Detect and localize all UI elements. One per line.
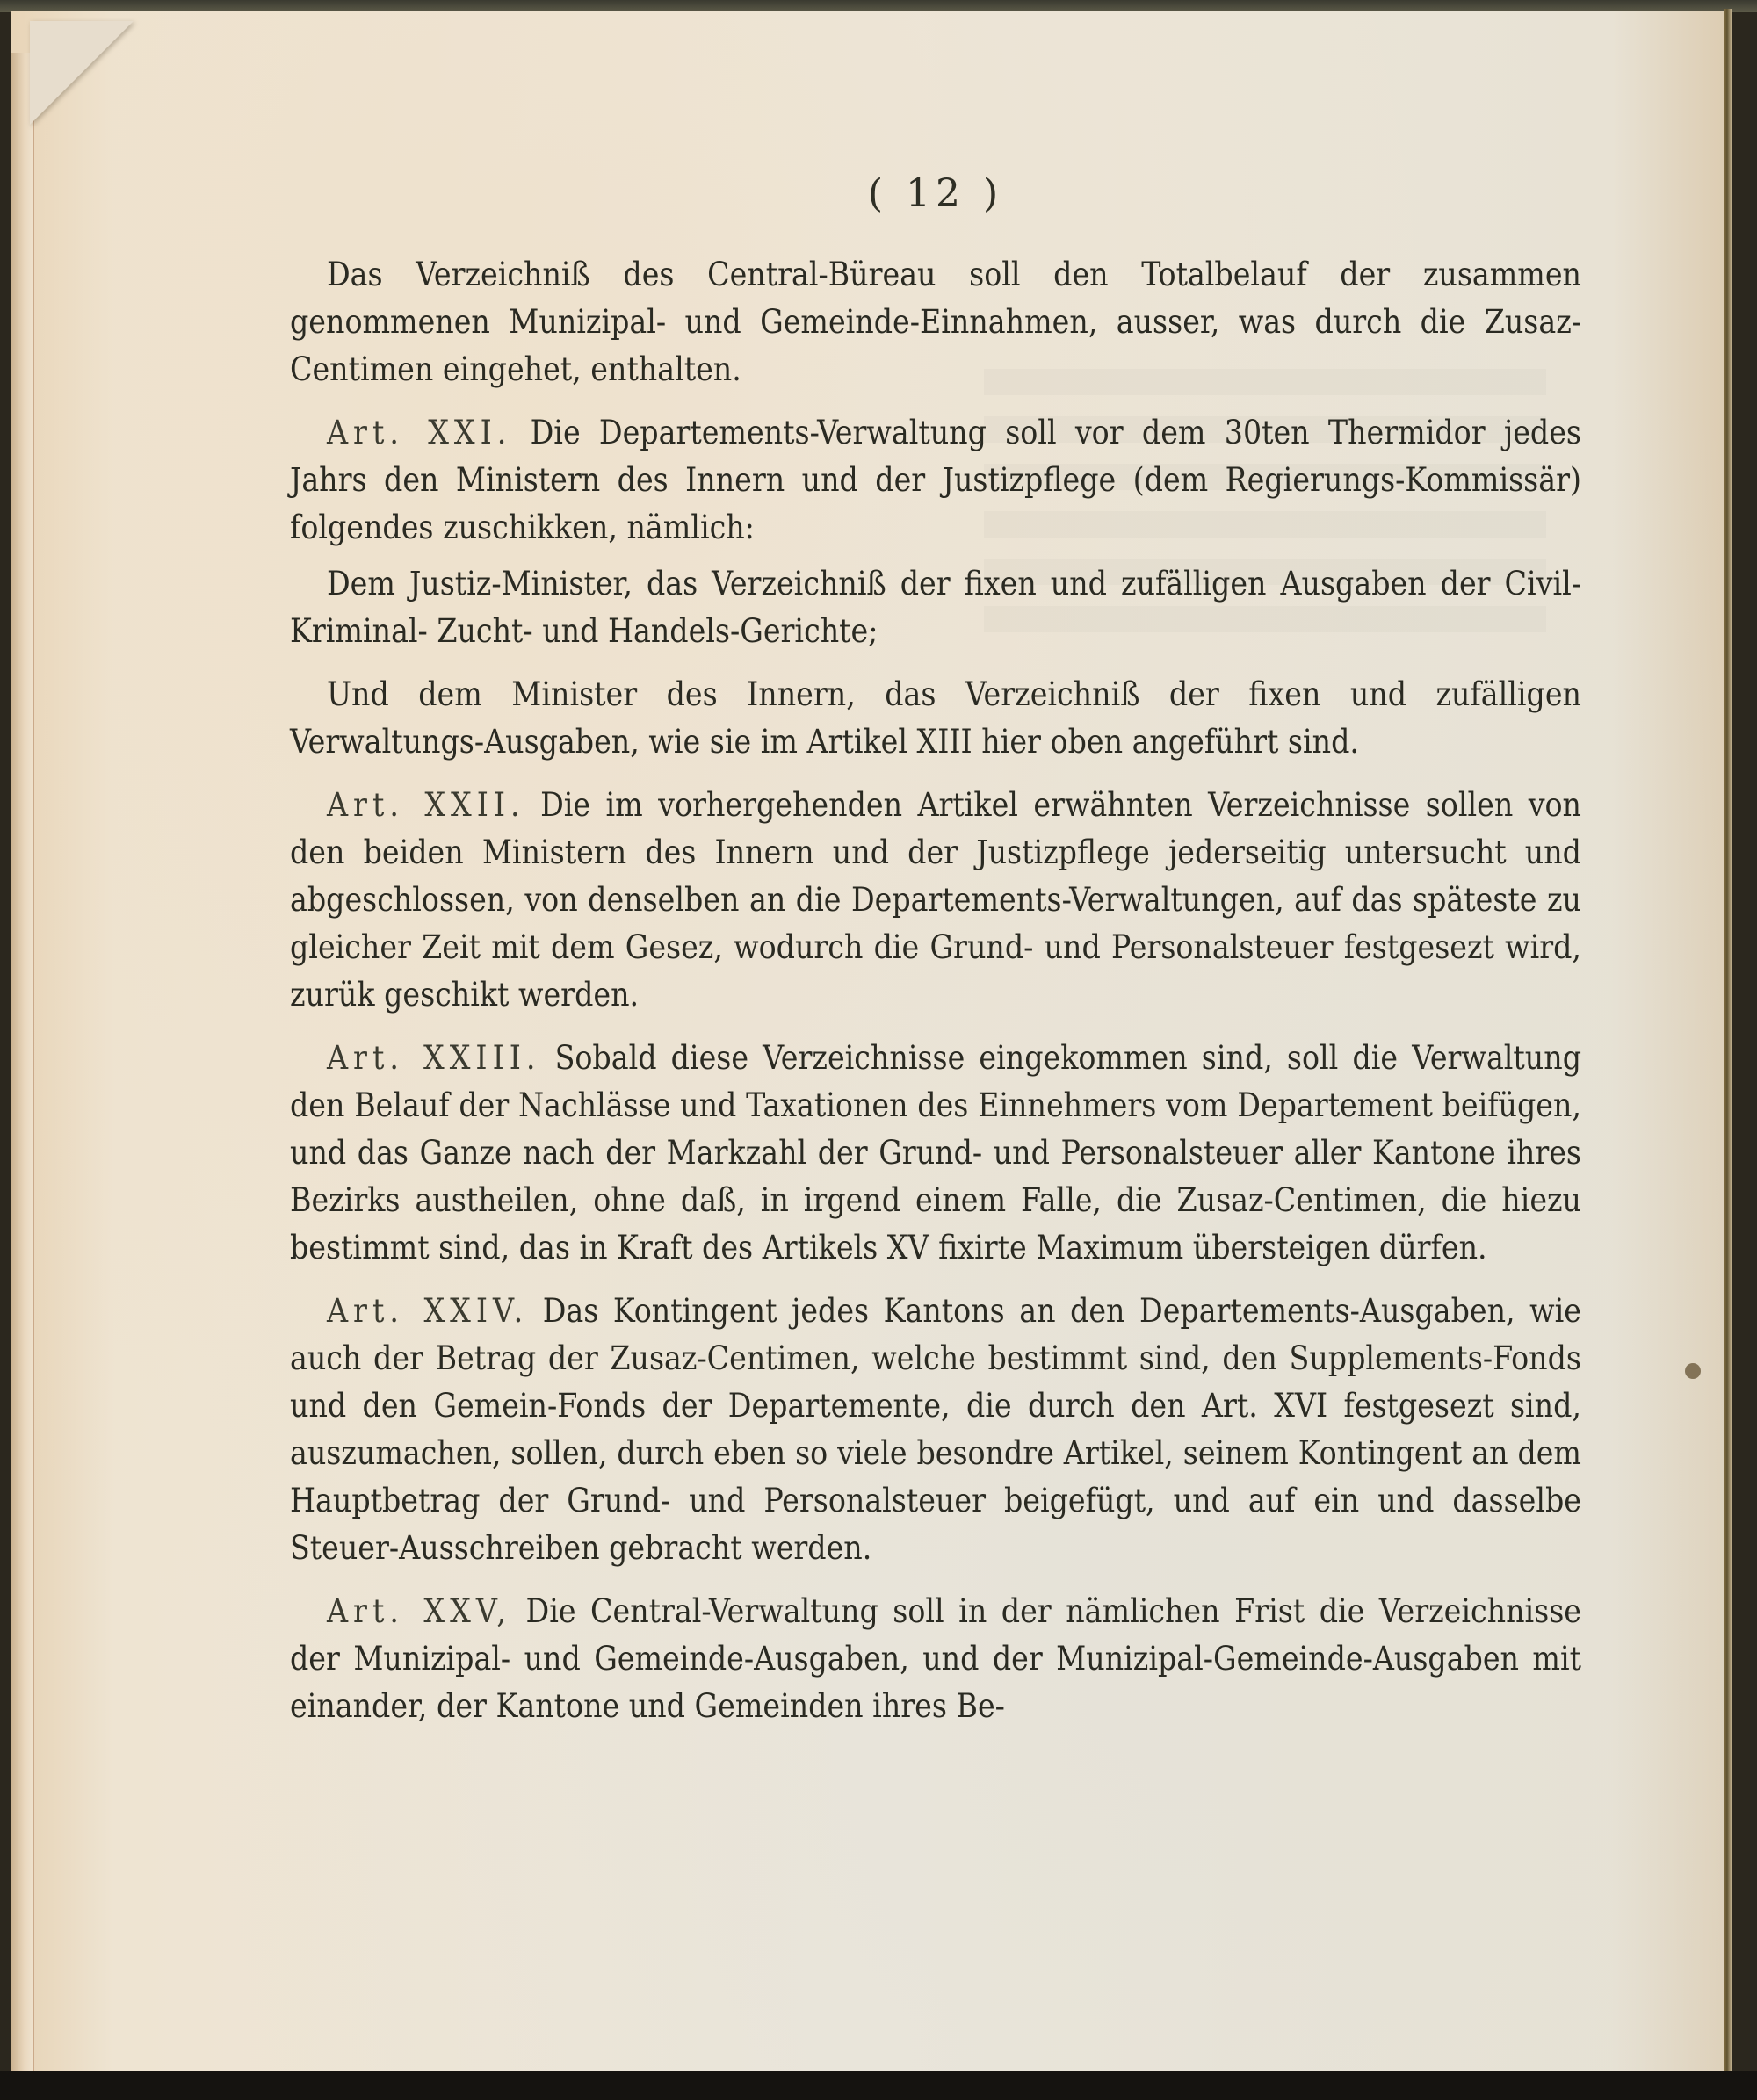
page-left-edge: [11, 53, 34, 2082]
page-right-edge: [1724, 9, 1732, 2073]
page-content: ( 12 ) Das Verzeichniß des Central-Bürea…: [290, 171, 1581, 1739]
paragraph-intro: Das Verzeichniß des Central-Büreau soll …: [290, 251, 1581, 393]
article-xxiii: Art. XXIII. Sobald diese Verzeichnisse e…: [290, 1035, 1581, 1272]
paragraph-interior-minister: Und dem Minister des Innern, das Verzeic…: [290, 671, 1581, 766]
ink-spot: [1685, 1363, 1701, 1379]
bottom-shadow: [0, 2071, 1757, 2100]
paragraph-justice-minister: Dem Justiz-Minister, das Verzeichniß der…: [290, 560, 1581, 655]
article-xxv: Art. XXV, Die Central-Verwaltung soll in…: [290, 1588, 1581, 1730]
article-label: Art. XXI.: [327, 414, 511, 451]
article-label: Art. XXV,: [327, 1592, 511, 1630]
article-label: Art. XXIV.: [327, 1292, 528, 1330]
article-label: Art. XXIII.: [327, 1039, 540, 1077]
paragraph-text: Und dem Minister des Innern, das Verzeic…: [290, 675, 1581, 761]
article-label: Art. XXII.: [327, 786, 525, 824]
paragraph-text: Dem Justiz-Minister, das Verzeichniß der…: [290, 565, 1581, 650]
page-number: ( 12 ): [290, 171, 1581, 216]
folded-corner: [30, 21, 134, 125]
article-xxii: Art. XXII. Die im vorhergehenden Artikel…: [290, 782, 1581, 1019]
article-xxiv: Art. XXIV. Das Kontingent jedes Kantons …: [290, 1288, 1581, 1572]
article-xxi: Art. XXI. Die Departements-Verwaltung so…: [290, 409, 1581, 552]
paragraph-text: Das Verzeichniß des Central-Büreau soll …: [290, 256, 1581, 388]
paragraph-text: Das Kontingent jedes Kantons an den Depa…: [290, 1292, 1581, 1567]
